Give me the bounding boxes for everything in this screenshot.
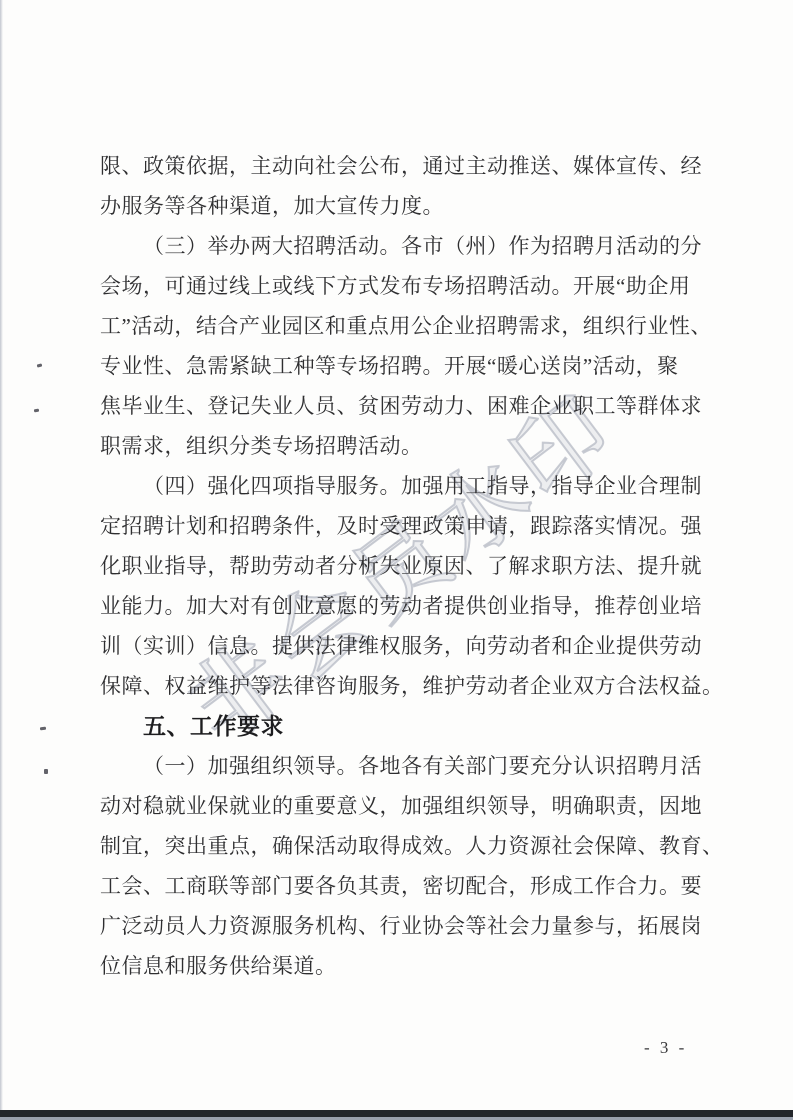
scan-speck (34, 409, 39, 413)
text-line: 会场，可通过线上或线下方式发布专场招聘活动。开展“助企用 (100, 266, 706, 306)
text-line: 广泛动员人力资源服务机构、行业协会等社会力量参与，拓展岗 (100, 906, 706, 946)
text-line: （四）强化四项指导服务。加强用工指导，指导企业合理制 (100, 466, 706, 506)
text-line: 动对稳就业保就业的重要意义，加强组织领导，明确职责，因地 (100, 786, 706, 826)
page-number: - 3 - (644, 1038, 687, 1058)
text-line: 定招聘计划和招聘条件，及时受理政策申请，跟踪落实情况。强 (100, 506, 706, 546)
text-line: 位信息和服务供给渠道。 (100, 946, 706, 986)
text-line: （一）加强组织领导。各地各有关部门要充分认识招聘月活 (100, 746, 706, 786)
scan-speck (44, 769, 48, 774)
text-line: 职需求，组织分类专场招聘活动。 (100, 426, 706, 466)
text-line: 工会、工商联等部门要各负其责，密切配合，形成工作合力。要 (100, 866, 706, 906)
text-line: 限、政策依据，主动向社会公布，通过主动推送、媒体宣传、经 (100, 146, 706, 186)
scan-speck (40, 727, 46, 731)
text-line: 制宜，突出重点，确保活动取得成效。人力资源社会保障、教育、 (100, 826, 706, 866)
section-heading: 五、工作要求 (100, 706, 706, 746)
text-line: 化职业指导，帮助劳动者分析失业原因、了解求职方法、提升就 (100, 546, 706, 586)
text-line: 业能力。加大对有创业意愿的劳动者提供创业指导，推荐创业培 (100, 586, 706, 626)
text-line: （三）举办两大招聘活动。各市（州）作为招聘月活动的分 (100, 226, 706, 266)
text-line: 训（实训）信息。提供法律维权服务，向劳动者和企业提供劳动 (100, 626, 706, 666)
scanned-document-page: 非会员水印 限、政策依据，主动向社会公布，通过主动推送、媒体宣传、经办服务等各种… (0, 0, 793, 1120)
scan-edge-artifact-left (0, 0, 3, 1120)
text-line: 专业性、急需紧缺工种等专场招聘。开展“暖心送岗”活动，聚 (100, 346, 706, 386)
text-line: 办服务等各种渠道，加大宣传力度。 (100, 186, 706, 226)
scan-speck (37, 363, 43, 367)
text-line: 工”活动，结合产业园区和重点用公企业招聘需求，组织行业性、 (100, 306, 706, 346)
text-line: 保障、权益维护等法律咨询服务，维护劳动者企业双方合法权益。 (100, 666, 706, 706)
scan-edge-artifact-bottom-dark (0, 1110, 793, 1117)
text-line: 焦毕业生、登记失业人员、贫困劳动力、困难企业职工等群体求 (100, 386, 706, 426)
document-body: 限、政策依据，主动向社会公布，通过主动推送、媒体宣传、经办服务等各种渠道，加大宣… (100, 146, 706, 986)
